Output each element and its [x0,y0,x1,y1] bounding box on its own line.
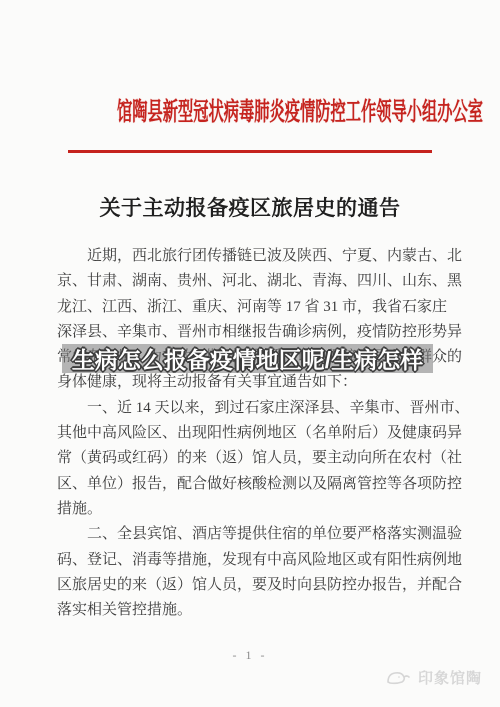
notice-body-line: 京、甘肃、湖南、贵州、河北、湖北、青海、四川、山东、黑 [57,269,443,294]
notice-body-line: 码、登记、消毒等措施，发现有中高风险地区或有阳性病例地 [57,548,443,573]
document-page: 馆陶县新型冠状病毒肺炎疫情防控工作领导小组办公室 关于主动报备疫区旅居史的通告 … [0,0,500,707]
notice-body-line: 落实相关管控措施。 [57,598,443,623]
notice-title: 关于主动报备疫区旅居史的通告 [0,192,500,222]
notice-body-line: 常（黄码或红码）的来（返）馆人员，要主动向所在农村（社 [57,446,443,471]
notice-body-line: 一、近 14 天以来，到过石家庄深泽县、辛集市、晋州市、 [57,396,443,421]
letterhead-divider [68,150,432,153]
letterhead-org-name: 馆陶县新型冠状病毒肺炎疫情防控工作领导小组办公室 [117,92,483,128]
notice-body-line: 龙江、江西、浙江、重庆、河南等 17 省 31 市，我省石家庄 [57,295,443,320]
headline-overlay-text: 生病怎么报备疫情地区呢/生病怎样 [72,342,423,375]
notice-body-line: 区、单位）报告，配合做好核酸检测以及隔离管控等各项防控 [57,472,443,497]
notice-body-line: 二、全县宾馆、酒店等提供住宿的单位要严格落实测温验 [57,522,443,547]
watermark-text: 印象馆陶 [418,667,482,688]
notice-body-line: 其他中高风险区、出现阳性病例地区（名单附后）及健康码异 [57,421,443,446]
letterhead: 馆陶县新型冠状病毒肺炎疫情防控工作领导小组办公室 [0,92,500,128]
notice-body-line: 措施。 [57,497,443,522]
headline-overlay-banner: 生病怎么报备疫情地区呢/生病怎样 [62,344,433,373]
impression-guantao-logo-icon [386,669,412,687]
page-number: - 1 - [0,648,500,663]
notice-body-line: 区旅居史的来（返）馆人员，要及时向县防控办报告，并配合 [57,573,443,598]
watermark: 印象馆陶 [386,667,482,688]
notice-body: 近期，西北旅行团传播链已波及陕西、宁夏、内蒙古、北 京、甘肃、湖南、贵州、河北、… [57,244,443,623]
notice-body-line: 近期，西北旅行团传播链已波及陕西、宁夏、内蒙古、北 [57,244,443,269]
